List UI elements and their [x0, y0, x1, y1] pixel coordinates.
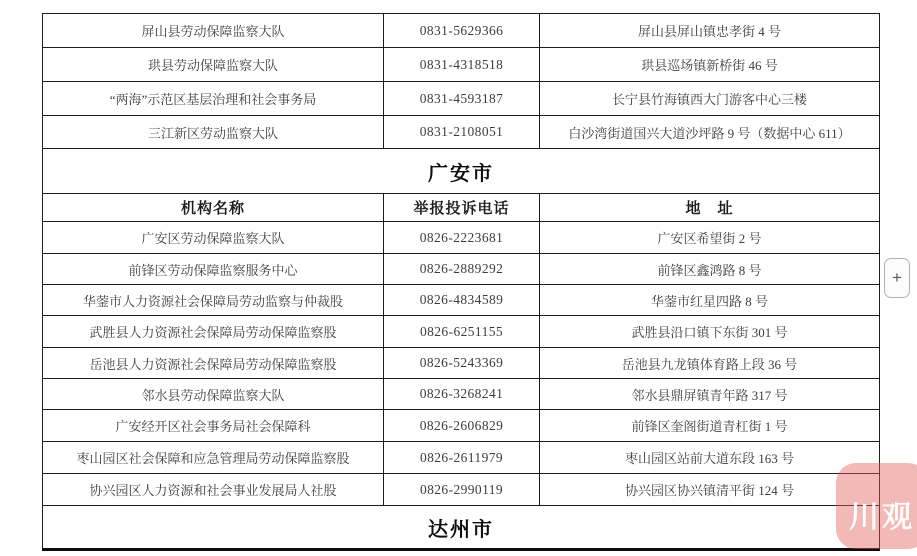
address-cell: 协兴园区协兴镇清平街 124 号 — [540, 474, 880, 506]
phone-cell: 0826-3268241 — [384, 379, 540, 410]
table-row: 华蓥市人力资源社会保障局劳动监察与仲裁股 0826-4834589 华蓥市红星四… — [43, 285, 880, 316]
zoom-in-button[interactable]: + — [884, 258, 910, 298]
agency-name-cell: 前锋区劳动保障监察服务中心 — [43, 254, 384, 285]
agency-name-cell: 枣山园区社会保障和应急管理局劳动保障监察股 — [43, 442, 384, 474]
agency-name-cell: 三江新区劳动监察大队 — [43, 116, 384, 149]
address-cell: 前锋区鑫鸿路 8 号 — [540, 254, 880, 285]
phone-cell: 0831-4593187 — [384, 82, 540, 116]
column-header-name: 机构名称 — [43, 194, 384, 222]
phone-cell: 0826-2889292 — [384, 254, 540, 285]
chuanguan-logo-text: 川观 — [849, 476, 915, 536]
address-cell: 白沙湾街道国兴大道沙坪路 9 号（数据中心 611） — [540, 116, 880, 149]
phone-cell: 0826-2990119 — [384, 474, 540, 506]
table-row: 岳池县人力资源社会保障局劳动保障监察股 0826-5243369 岳池县九龙镇体… — [43, 348, 880, 379]
section-header-row: 广安市 — [43, 149, 880, 194]
city-title: 广安市 — [43, 149, 880, 194]
address-cell: 珙县巡场镇新桥街 46 号 — [540, 48, 880, 82]
document-page: 屏山县劳动保障监察大队 0831-5629366 屏山县屏山镇忠孝街 4 号 珙… — [0, 0, 917, 556]
agency-name-cell: 屏山县劳动保障监察大队 — [43, 14, 384, 48]
phone-cell: 0826-2606829 — [384, 410, 540, 442]
column-header-row: 机构名称 举报投诉电话 地 址 — [43, 194, 880, 222]
agency-name-cell: 邻水县劳动保障监察大队 — [43, 379, 384, 410]
phone-cell: 0826-4834589 — [384, 285, 540, 316]
address-cell: 前锋区奎阁街道青杠街 1 号 — [540, 410, 880, 442]
phone-cell: 0826-2611979 — [384, 442, 540, 474]
table-row: 广安区劳动保障监察大队 0826-2223681 广安区希望街 2 号 — [43, 222, 880, 254]
address-cell: 岳池县九龙镇体育路上段 36 号 — [540, 348, 880, 379]
agency-name-cell: 武胜县人力资源社会保障局劳动保障监察股 — [43, 316, 384, 348]
address-cell: 枣山园区站前大道东段 163 号 — [540, 442, 880, 474]
address-cell: 广安区希望街 2 号 — [540, 222, 880, 254]
table-row: 武胜县人力资源社会保障局劳动保障监察股 0826-6251155 武胜县沿口镇下… — [43, 316, 880, 348]
table-row: 协兴园区人力资源和社会事业发展局人社股 0826-2990119 协兴园区协兴镇… — [43, 474, 880, 506]
table-row: 广安经开区社会事务局社会保障科 0826-2606829 前锋区奎阁街道青杠街 … — [43, 410, 880, 442]
plus-icon: + — [892, 268, 902, 288]
phone-cell: 0826-6251155 — [384, 316, 540, 348]
address-cell: 长宁县竹海镇西大门游客中心三楼 — [540, 82, 880, 116]
address-cell: 邻水县鼎屏镇青年路 317 号 — [540, 379, 880, 410]
column-header-address: 地 址 — [540, 194, 880, 222]
agency-name-cell: 华蓥市人力资源社会保障局劳动监察与仲裁股 — [43, 285, 384, 316]
agency-name-cell: 岳池县人力资源社会保障局劳动保障监察股 — [43, 348, 384, 379]
city-title: 达州市 — [43, 506, 880, 550]
phone-cell: 0826-2223681 — [384, 222, 540, 254]
chuanguan-logo: 川观 — [836, 463, 917, 549]
table-row: 枣山园区社会保障和应急管理局劳动保障监察股 0826-2611979 枣山园区站… — [43, 442, 880, 474]
phone-cell: 0831-2108051 — [384, 116, 540, 149]
table-row: 邻水县劳动保障监察大队 0826-3268241 邻水县鼎屏镇青年路 317 号 — [43, 379, 880, 410]
table-row: 三江新区劳动监察大队 0831-2108051 白沙湾街道国兴大道沙坪路 9 号… — [43, 116, 880, 149]
section-header-row: 达州市 — [43, 506, 880, 550]
agency-name-cell: “两海”示范区基层治理和社会事务局 — [43, 82, 384, 116]
address-cell: 武胜县沿口镇下东街 301 号 — [540, 316, 880, 348]
table-row: “两海”示范区基层治理和社会事务局 0831-4593187 长宁县竹海镇西大门… — [43, 82, 880, 116]
phone-cell: 0831-4318518 — [384, 48, 540, 82]
phone-cell: 0826-5243369 — [384, 348, 540, 379]
table-row: 珙县劳动保障监察大队 0831-4318518 珙县巡场镇新桥街 46 号 — [43, 48, 880, 82]
agency-name-cell: 广安区劳动保障监察大队 — [43, 222, 384, 254]
agency-name-cell: 协兴园区人力资源和社会事业发展局人社股 — [43, 474, 384, 506]
table-row: 前锋区劳动保障监察服务中心 0826-2889292 前锋区鑫鸿路 8 号 — [43, 254, 880, 285]
agency-name-cell: 珙县劳动保障监察大队 — [43, 48, 384, 82]
address-cell: 华蓥市红星四路 8 号 — [540, 285, 880, 316]
agency-table: 屏山县劳动保障监察大队 0831-5629366 屏山县屏山镇忠孝街 4 号 珙… — [42, 13, 880, 551]
phone-cell: 0831-5629366 — [384, 14, 540, 48]
address-cell: 屏山县屏山镇忠孝街 4 号 — [540, 14, 880, 48]
table-row: 屏山县劳动保障监察大队 0831-5629366 屏山县屏山镇忠孝街 4 号 — [43, 14, 880, 48]
agency-name-cell: 广安经开区社会事务局社会保障科 — [43, 410, 384, 442]
column-header-phone: 举报投诉电话 — [384, 194, 540, 222]
